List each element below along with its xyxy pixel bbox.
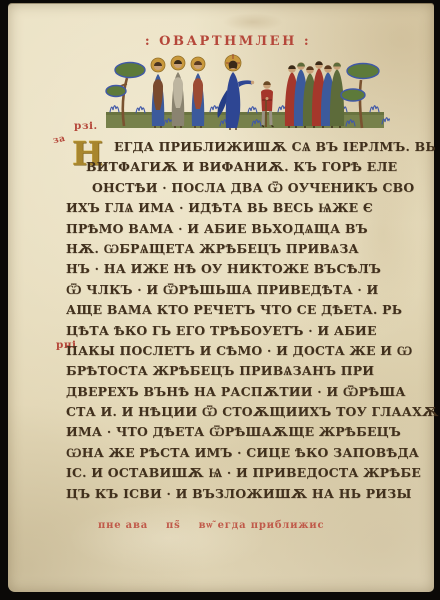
- miniature-disciples: [151, 56, 205, 128]
- lectionary-rubric: пне ава пѕ̃ вѡ̃ егда приближис: [98, 520, 324, 531]
- text-line: СТА И. И НѢЦИИ Ѿ СТОѪЩИИХЪ ТОУ ГЛААХѪ: [66, 402, 402, 422]
- text-line: Ѿ ЧЛКЪ · И ѾРѢШЬША ПРИВЕДѢТА · И: [66, 280, 402, 300]
- text-line: ПРѢМО ВАМА · И АБИЕ ВЬХОДѦЩА ВЪ: [66, 219, 402, 239]
- text-line: ВИТФАГИѪ И ВИФАНИѪ. КЪ ГОРѢ ЕЛЕ: [66, 157, 402, 177]
- text-line: ЦѢТА ѢКО ГЬ ЕГО ТРѢБОУЕТЪ · И АБИЕ: [66, 321, 402, 341]
- margin-section-number: рзі.: [74, 120, 98, 132]
- text-line: ЕГДА ПРИБЛИЖИШѪ СѦ ВЪ ІЕРЛМЪ. ВЬ: [66, 137, 402, 157]
- parchment-stain: [68, 503, 268, 573]
- rubric-part: пѕ̃: [166, 520, 181, 531]
- text-line: ЦЪ КЪ ІСВИ · И ВЪЗЛОЖИШѪ НА НЬ РИЗЫ: [66, 484, 402, 504]
- text-line: ИМА · ЧТО ДѢЕТА ѾРѢШАѪЩЕ ЖРѢБЕЦЪ: [66, 422, 402, 442]
- text-line: НЪ · НА ИЖЕ НѢ ОУ НИКТОЖЕ ВЪСѢЛЪ: [66, 259, 402, 279]
- rubric-part: пне ава: [98, 520, 148, 531]
- text-line: ОНСТѢИ · ПОСЛА ДВА Ѿ ОУЧЕНИКЪ СВО: [66, 178, 402, 198]
- rubric-part: вѡ̃ егда приближис: [199, 520, 325, 531]
- text-line: БРѢТОСТА ЖРѢБЕЦЪ ПРИВѦЗАНЪ ПРИ: [66, 361, 402, 381]
- margin-lection-mark: за: [52, 134, 66, 146]
- text-line: ИХЪ ГЛѦ ИМА · ИДѢТА ВЬ ВЕСЬ ѨЖЕ Є: [66, 198, 402, 218]
- text-line: НѪ. ѠБРѦЩЕТА ЖРѢБЕЦЪ ПРИВѦЗА: [66, 239, 402, 259]
- miniature-crowd: [285, 61, 344, 128]
- text-block: ЕГДА ПРИБЛИЖИШѪ СѦ ВЪ ІЕРЛМЪ. ВЬ ВИТФАГИ…: [66, 137, 402, 504]
- text-line: ѠНА ЖЕ РѢСТА ИМЪ · СИЦЕ ѢКО ЗАПОВѢДА: [66, 443, 402, 463]
- manuscript-photo: { "page": { "header": ": ОВАРТНМЛЕН :", …: [0, 0, 440, 600]
- chapter-title-rubric: : ОВАРТНМЛЕН :: [15, 34, 440, 49]
- parchment-stain: [223, 13, 283, 31]
- text-line: АЩЕ ВАМА КТО РЕЧЕТЪ ЧТО СЕ ДѢЕТА. РЬ: [66, 300, 402, 320]
- text-line: ПАКЫ ПОСЛЕТЪ И СѢМО · И ДОСТА ЖЕ И Ѡ: [66, 341, 402, 361]
- text-line: ДВЕРЕХЪ ВЪНѢ НА РАСПѪТИИ · И ѾРѢША: [66, 382, 402, 402]
- miniature-scene: [100, 50, 390, 134]
- miniature-illustration: [100, 50, 390, 134]
- parchment-page: : ОВАРТНМЛЕН :: [8, 3, 434, 592]
- text-line: ІС. И ОСТАВИШѪ Ѩ · И ПРИВЕДОСТА ЖРѢБЕ: [66, 463, 402, 483]
